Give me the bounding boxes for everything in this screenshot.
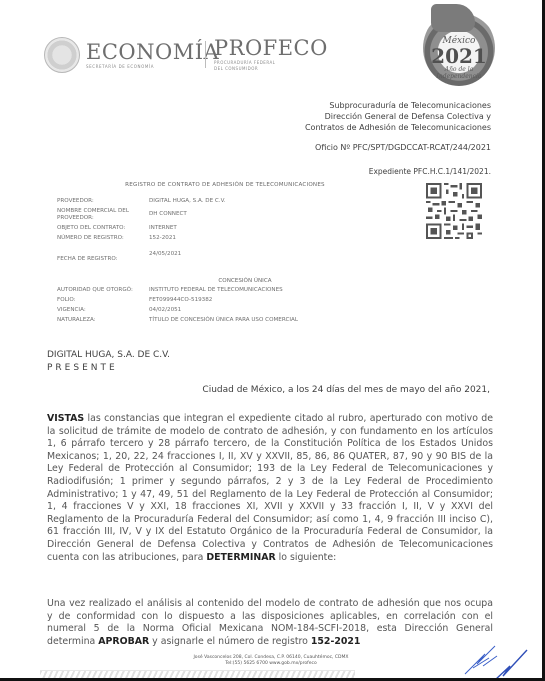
date-line: Ciudad de México, a los 24 días del mes … (202, 385, 490, 395)
addressee-salutation: PRESENTE (47, 363, 118, 373)
expediente-number: Expediente PFC.H.C.1/141/2021. (369, 167, 491, 176)
concession-value: FET099944CO-519382 (149, 297, 389, 304)
economia-title: ECONOMÍA (86, 41, 219, 63)
qr-code-icon (426, 183, 482, 239)
logo-divider (205, 41, 206, 68)
issuer-line: Dirección General de Defensa Colectiva y (305, 111, 491, 122)
concession-value: TÍTULO DE CONCESIÓN ÚNICA PARA USO COMER… (149, 317, 389, 324)
serpent-head-icon (431, 4, 475, 32)
determinar-keyword: DETERMINAR (206, 552, 275, 563)
profeco-logo: PROFECO PROCURADURÍA FEDERAL DEL CONSUMI… (214, 37, 328, 71)
concession-label: NATURALEZA: (57, 317, 142, 324)
concession-label: VIGENCIA: (57, 307, 142, 314)
registry-value: 152-2021 (149, 235, 389, 242)
addressee-name: DIGITAL HUGA, S.A. DE C.V. (47, 350, 170, 360)
economia-logo: ECONOMÍA SECRETARÍA DE ECONOMÍA (44, 37, 219, 73)
issuer-line: Subprocuraduría de Telecomunicaciones (305, 100, 491, 111)
body-paragraph-2: Una vez realizado el análisis al conteni… (47, 598, 493, 648)
registry-value: INTERNET (149, 225, 389, 232)
document-page: ECONOMÍA SECRETARÍA DE ECONOMÍA PROFECO … (0, 0, 542, 681)
emblem-year: 2021 (423, 46, 495, 66)
vistas-keyword: VISTAS (47, 413, 84, 424)
profeco-subtitle-2: DEL CONSUMIDOR (214, 66, 328, 71)
registry-label: OBJETO DEL CONTRATO: (57, 225, 142, 232)
emblem-line2: Independencia (423, 73, 495, 80)
profeco-subtitle-1: PROCURADURÍA FEDERAL (214, 60, 328, 65)
mexico-2021-emblem: México 2021 Año de la Independencia (423, 4, 495, 86)
registry-number: 152-2021 (311, 636, 361, 647)
economia-subtitle: SECRETARÍA DE ECONOMÍA (86, 64, 219, 69)
concession-label: AUTORIDAD QUE OTORGÓ: (57, 287, 142, 294)
registry-value: DH CONNECT (149, 211, 389, 218)
registry-label: NÚMERO DE REGISTRO: (57, 235, 142, 242)
signature-icon (455, 636, 535, 681)
oficio-number: Oficio Nº PFC/SPT/DGDCCAT-RCAT/244/2021 (315, 143, 491, 152)
issuer-block: Subprocuraduría de Telecomunicaciones Di… (305, 100, 491, 133)
body-paragraph-1: VISTAS las constancias que integran el e… (47, 413, 493, 564)
registry-label: FECHA DE REGISTRO: (57, 256, 142, 263)
aprobar-keyword: APROBAR (98, 636, 149, 647)
paragraph-text: las constancias que integran el expedien… (47, 413, 493, 563)
concession-label: FOLIO: (57, 297, 142, 304)
profeco-title: PROFECO (214, 37, 328, 59)
concession-value: INSTITUTO FEDERAL DE TELECOMUNICACIONES (149, 287, 389, 294)
registry-label: NOMBRE COMERCIAL DEL PROVEEDOR: (57, 208, 142, 222)
issuer-line: Contratos de Adhesión de Telecomunicacio… (305, 122, 491, 133)
paragraph-text: y asignarle el número de registro (149, 636, 311, 647)
registry-value: DIGITAL HUGA, S.A. DE C.V. (149, 198, 389, 205)
registry-label: PROVEEDOR: (57, 198, 142, 205)
registry-value: 24/05/2021 (149, 251, 389, 258)
concession-title: CONCESIÓN ÚNICA (140, 278, 350, 284)
registry-title: REGISTRO DE CONTRATO DE ADHESIÓN DE TELE… (60, 182, 390, 188)
paragraph-tail: lo siguiente: (276, 552, 337, 563)
concession-value: 04/02/2051 (149, 307, 389, 314)
national-seal-icon (44, 37, 80, 73)
footer-decorative-band (40, 670, 355, 678)
